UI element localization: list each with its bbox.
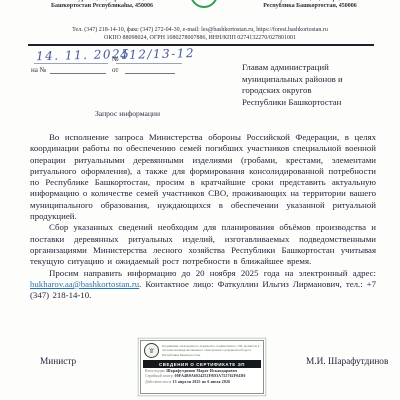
- crest-glyph: ۩: [149, 346, 154, 355]
- stamp-serial-label: Серийный номер:: [145, 374, 174, 378]
- header-contacts: Тел. (347) 218-14-10, факс (347) 272-04-…: [30, 27, 370, 42]
- addressee-line: Республики Башкортостан: [242, 97, 382, 109]
- address-line: Республика Башкортостан, 450006: [230, 3, 390, 10]
- stamp-validity-row: Действителен: с 13 апреля 2025 по 6 июля…: [141, 380, 263, 386]
- address-line: Башҡортостан Республикаһы, 450006: [22, 3, 182, 10]
- stamp-header-text: Подлинник электронного документа, подпис…: [162, 344, 260, 357]
- signer-position: Министр: [40, 357, 76, 367]
- body-paragraph-1: Во исполнение запроса Министерства оборо…: [30, 132, 376, 222]
- header-divider: [28, 44, 374, 46]
- addressee-block: Главам администраций муниципальных район…: [242, 62, 382, 108]
- reply-to-line: [50, 73, 106, 74]
- header-address-bashkir: Ленин урамы, 86, Өфө ҡалаһы, Башҡортоста…: [22, 0, 182, 10]
- addressee-line: муниципальных районов и: [242, 74, 382, 86]
- stamp-validity-value: с 13 апреля 2025 по 6 июля 2026: [170, 380, 231, 384]
- reply-to-label: на №: [31, 66, 46, 74]
- body-paragraph-3-text: Просим направить информацию до 20 ноября…: [49, 268, 376, 278]
- stamp-issued-label: Кому выдан:: [145, 369, 165, 373]
- stamp-serial-value: 00FA4B9A6024252F0D3A752762F04D6: [175, 374, 246, 378]
- letter-body: Во исполнение запроса Министерства оборо…: [30, 132, 376, 301]
- addressee-line: городских округов: [242, 85, 382, 97]
- body-paragraph-3: Просим направить информацию до 20 ноября…: [30, 268, 376, 302]
- from-label: от: [112, 66, 118, 74]
- date-underline: [34, 63, 108, 64]
- number-sign: №: [112, 55, 119, 63]
- esignature-stamp: ۩ Подлинник электронного документа, подп…: [140, 340, 264, 394]
- ministry-emblem-icon: [190, 0, 218, 8]
- body-paragraph-2: Сбор указанных сведений необходим для пл…: [30, 222, 376, 267]
- email-link[interactable]: bukharov.aa@bashkortostan.ru: [30, 279, 139, 289]
- stamp-header-row: ۩ Подлинник электронного документа, подп…: [141, 341, 263, 359]
- stamp-certificate-bar: СВЕДЕНИЯ О СЕРТИФИКАТЕ ЭП: [143, 360, 261, 368]
- stamp-validity-label: Действителен:: [145, 380, 169, 384]
- scanned-letter-page: { "header": { "left_address_line1": "Лен…: [0, 0, 400, 400]
- header-address-russian: ул. Ленина, 86, г. Уфа, Республика Башко…: [230, 0, 390, 10]
- contact-line-okpo: ОКПО 88098024, ОГРН 1080278007886, ИНН/К…: [30, 35, 370, 43]
- number-underline: [116, 63, 182, 64]
- contact-line-phone: Тел. (347) 218-14-10, факс (347) 272-04-…: [30, 27, 370, 35]
- stamp-issued-value: Шарафутдинов Марат Искандарович: [166, 369, 237, 373]
- outgoing-number-handwritten: 412/13-12: [120, 46, 195, 62]
- letter-subject: Запрос информации: [95, 109, 160, 118]
- from-line: [125, 73, 175, 74]
- signer-name: М.И. Шарафутдинов: [306, 357, 388, 367]
- stamp-crest-icon: ۩: [144, 343, 159, 358]
- addressee-line: Главам администраций: [242, 62, 382, 74]
